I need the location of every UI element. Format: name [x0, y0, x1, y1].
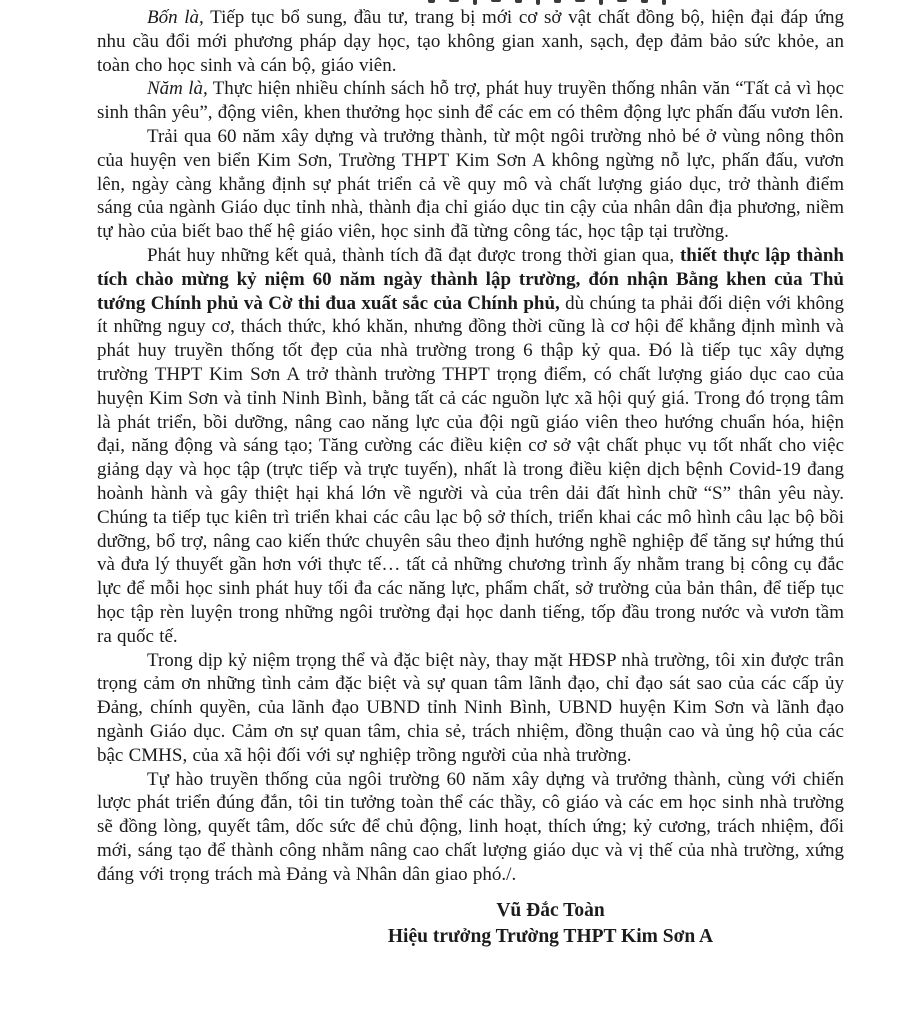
paragraph: Bốn là, Tiếp tục bổ sung, đầu tư, trang … [97, 6, 844, 77]
text-segment: Bốn là, [147, 7, 204, 28]
artifact-mark [515, 0, 522, 3]
artifact-mark [662, 0, 666, 5]
signer-name: Vũ Đắc Toàn [177, 898, 897, 924]
clipped-text-artifact [428, 0, 740, 5]
text-segment: Năm là, [147, 78, 208, 99]
artifact-mark [449, 0, 459, 2]
artifact-mark [473, 0, 477, 5]
text-segment: Phát huy những kết quả, thành tích đã đạ… [147, 245, 680, 266]
artifact-mark [617, 0, 627, 2]
artifact-mark [554, 0, 561, 3]
artifact-mark [536, 0, 540, 5]
artifact-mark [491, 0, 501, 2]
document-body: Bốn là, Tiếp tục bổ sung, đầu tư, trang … [97, 6, 844, 886]
text-segment: dù chúng ta phải đối diện với không ít n… [97, 293, 844, 647]
artifact-mark [599, 0, 603, 5]
text-segment: Tự hào truyền thống của ngôi trường 60 n… [97, 769, 844, 885]
text-segment: Thực hiện nhiều chính sách hỗ trợ, phát … [97, 78, 844, 123]
paragraph: Phát huy những kết quả, thành tích đã đạ… [97, 244, 844, 649]
text-segment: Trong dịp kỷ niệm trọng thể và đặc biệt … [97, 650, 844, 766]
paragraph: Tự hào truyền thống của ngôi trường 60 n… [97, 768, 844, 887]
text-segment: Tiếp tục bổ sung, đầu tư, trang bị mới c… [97, 7, 844, 76]
artifact-mark [575, 0, 585, 2]
signature-block: Vũ Đắc Toàn Hiệu trưởng Trường THPT Kim … [177, 898, 897, 949]
document-page: Bốn là, Tiếp tục bổ sung, đầu tư, trang … [0, 0, 897, 949]
artifact-mark [428, 0, 435, 3]
paragraph: Trong dịp kỷ niệm trọng thể và đặc biệt … [97, 649, 844, 768]
signer-title: Hiệu trưởng Trường THPT Kim Sơn A [177, 924, 897, 950]
paragraph: Trải qua 60 năm xây dựng và trưởng thành… [97, 125, 844, 244]
artifact-mark [641, 0, 648, 3]
text-segment: Trải qua 60 năm xây dựng và trưởng thành… [97, 126, 844, 242]
paragraph: Năm là, Thực hiện nhiều chính sách hỗ tr… [97, 77, 844, 125]
